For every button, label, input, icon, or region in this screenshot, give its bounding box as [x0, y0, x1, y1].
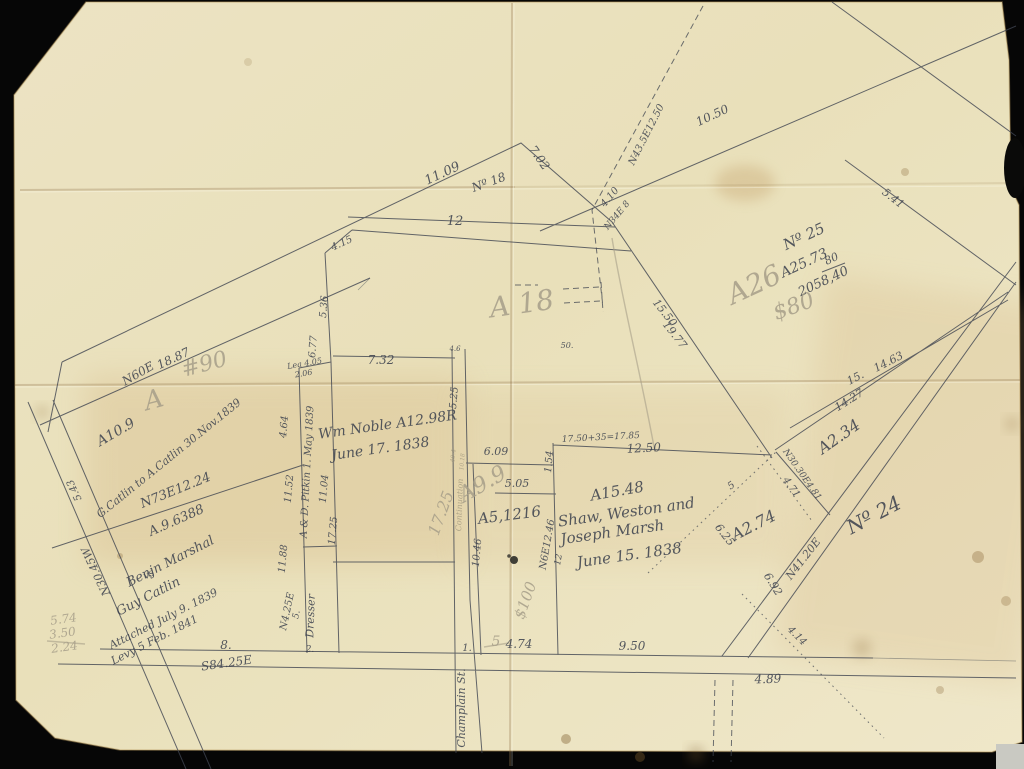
map-label-streets-88: 8.: [220, 638, 231, 652]
map-label-pitkin-strip-72: 2.: [305, 645, 315, 655]
scanned-map-background: 11.09Nº 187.02124.15N43.5E12.5010.504.10…: [0, 0, 1024, 769]
map-label-parcel-shaw-42: 12: [553, 553, 565, 566]
map-label-pencil-notes-49: 5: [492, 634, 501, 650]
map-label-streets-33: 4.89: [753, 672, 782, 687]
scan-corner-artifact: [996, 744, 1024, 769]
ink-blot-small: [507, 554, 511, 558]
map-label-top-survey-3: 12: [447, 214, 464, 229]
map-label-streets-92: 9.50: [619, 639, 646, 653]
map-label-parcel-shaw-40: 1.54: [543, 450, 556, 473]
parcel-dresser-name: Dresser: [303, 593, 318, 639]
map-label-parcel-noble-55: 7.32: [368, 353, 395, 367]
canal-strip-label: Continuation: [454, 478, 465, 531]
survey-map: 11.09Nº 187.02124.15N43.5E12.5010.504.10…: [0, 0, 1024, 769]
street-name-champlain: Champlain St.: [455, 668, 468, 747]
ink-blot: [510, 556, 518, 564]
map-label-streets-90: 1.: [462, 643, 472, 654]
map-label-parcel-shaw-35: 12.50: [626, 440, 661, 456]
map-label-pitkin-strip-63: 4.64: [278, 415, 291, 439]
map-label-canal-54: 4.6: [448, 345, 461, 353]
map-label-canal-50: 5.25: [448, 386, 461, 409]
map-label-canal-51: 40.4: [449, 449, 457, 464]
map-label-parcel-noble-59: 5.36: [318, 295, 331, 319]
map-label-parcel-noble-60: 6.77: [307, 335, 320, 359]
map-label-streets-91: 4.74: [505, 637, 533, 651]
map-label-parcel-a5-43: 6.09: [484, 445, 509, 458]
map-label-top-survey-12: 50.: [561, 341, 574, 350]
